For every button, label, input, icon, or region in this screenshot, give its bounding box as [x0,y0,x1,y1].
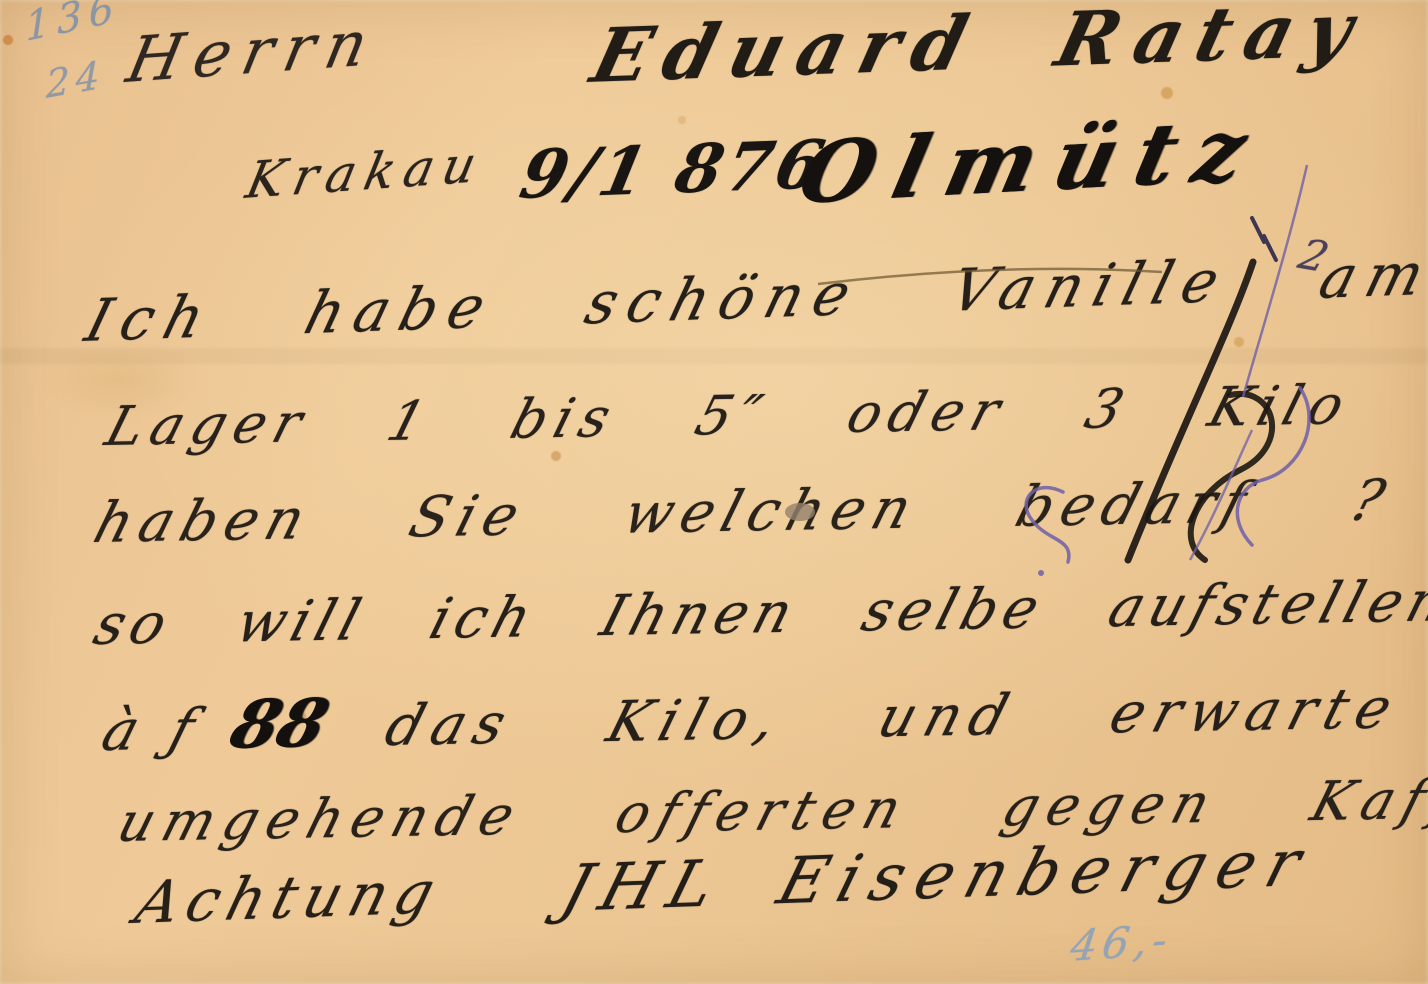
grey-smudge [785,503,815,521]
ink-flourishes-overlay [0,0,1428,984]
postcard-scan: 136 24 Herrn Eduard Ratay Krakau 9/1 876… [0,0,1428,984]
violet-question-dot [1038,570,1044,576]
black-ink-flourish-diagonal [1128,262,1253,560]
ink-ditto-tick-1 [1252,218,1264,242]
violet-paraph-long-line [1243,165,1307,397]
ink-ditto-tick-2 [1264,236,1276,260]
pen-stroke-above-vanille [818,269,1162,284]
violet-question-curl [1026,488,1069,562]
